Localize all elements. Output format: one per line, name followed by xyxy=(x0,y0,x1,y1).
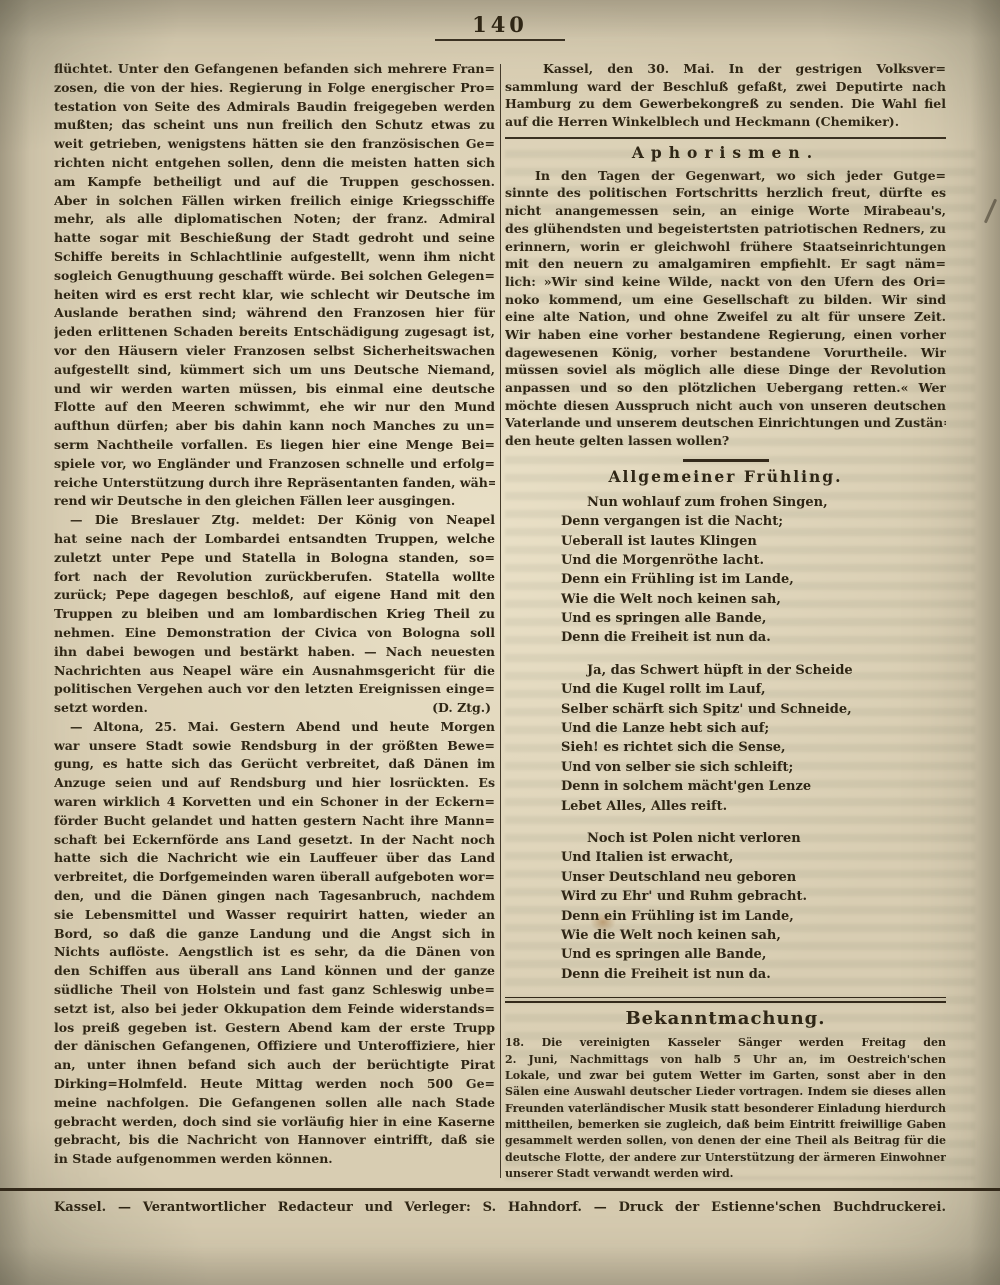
text-line: mußten; das scheint uns nun freilich den… xyxy=(54,116,495,135)
text-line: hatte sogar mit Beschießung der Stadt ge… xyxy=(54,229,495,248)
text-line: los preiß gegeben ist. Gestern Abend kam… xyxy=(54,1019,495,1038)
header-rule xyxy=(435,39,565,41)
poem-line: Sieh! es richtet sich die Sense, xyxy=(505,738,946,757)
poem-line: Und es springen alle Bande, xyxy=(505,609,946,628)
text-line: den Schiffen aus überall ans Land können… xyxy=(54,962,495,981)
text-line: der dänischen Gefangenen, Offiziere und … xyxy=(54,1037,495,1056)
text-line: und wir werden warten müssen, bis einmal… xyxy=(54,380,495,399)
text-line: reiche Unterstützung durch ihre Repräsen… xyxy=(54,474,495,493)
poem-allgemeiner-fruehling: Nun wohlauf zum frohen Singen,Denn verga… xyxy=(505,493,946,984)
right-column: Kassel, den 30. Mai. In der gestrigen Vo… xyxy=(505,60,946,1184)
text-line: politischen Vergehen auch vor den letzte… xyxy=(54,680,495,699)
text-line: anpassen und so den plötzlichen Uebergan… xyxy=(505,379,946,397)
text-line: ihn dabei bewogen und bestärkt haben. — … xyxy=(54,643,495,662)
left-column: flüchtet. Unter den Gefangenen befanden … xyxy=(54,60,495,1184)
poem-line: Denn die Freiheit ist nun da. xyxy=(505,628,946,647)
poem-line: Und Italien ist erwacht, xyxy=(505,848,946,867)
text-line: weit getrieben, wenigstens hätten sie de… xyxy=(54,135,495,154)
poem-stanza: Ja, das Schwert hüpft in der ScheideUnd … xyxy=(505,661,946,816)
text-line: gung, es hatte sich das Gerücht verbreit… xyxy=(54,755,495,774)
text-line: jeden erlittenen Schaden bereits Entschä… xyxy=(54,323,495,342)
text-line: schaft bei Eckernförde ans Land gesetzt.… xyxy=(54,831,495,850)
text-line: Vaterlande und unserem deutschen Einrich… xyxy=(505,414,946,432)
text-line: aufgestellt sind, kümmert sich um uns De… xyxy=(54,361,495,380)
text-line: südliche Theil von Holstein und fast gan… xyxy=(54,981,495,1000)
text-line: Sälen eine Auswahl deutscher Lieder vort… xyxy=(505,1084,946,1100)
text-line: testation von Seite des Admirals Baudin … xyxy=(54,98,495,117)
text-line: erinnern, worin er gleichwohl frühere St… xyxy=(505,238,946,256)
text-line: an, unter ihnen befand sich auch der ber… xyxy=(54,1056,495,1075)
page-header: 140 xyxy=(0,12,1000,41)
text-line: setzt worden. xyxy=(54,699,495,718)
fruehling-heading: Allgemeiner Frühling. xyxy=(505,467,946,486)
text-line: Anzuge seien und auf Rendsburg und hier … xyxy=(54,774,495,793)
text-line: heiten wird es erst recht klar, wie schl… xyxy=(54,286,495,305)
section-rule xyxy=(505,137,946,139)
text-line: sammlung ward der Beschluß gefaßt, zwei … xyxy=(505,78,946,96)
text-line: 2. Juni, Nachmittags von halb 5 Uhr an, … xyxy=(505,1052,946,1068)
text-line: Dirking=Holmfeld. Heute Mittag werden no… xyxy=(54,1075,495,1094)
pen-mark xyxy=(984,199,997,224)
text-line: hat seine nach der Lombardei entsandten … xyxy=(54,530,495,549)
text-line: den heute gelten lassen wollen? xyxy=(505,432,946,450)
poem-line: Unser Deutschland neu geboren xyxy=(505,868,946,887)
text-line: Hamburg zu dem Gewerbekongreß zu senden.… xyxy=(505,95,946,113)
text-line: zosen, die von der hies. Regierung in Fo… xyxy=(54,79,495,98)
poem-line: Lebet Alles, Alles reift. xyxy=(505,797,946,816)
text-line: meine nachfolgen. Die Gefangenen sollen … xyxy=(54,1094,495,1113)
text-line: mit den neuern zu amalgamiren empfiehlt.… xyxy=(505,255,946,273)
text-line: serm Nachtheile vorfallen. Es liegen hie… xyxy=(54,436,495,455)
text-line: verbreitet, die Dorfgemeinden waren über… xyxy=(54,868,495,887)
text-line: unserer Stadt verwandt werden wird. xyxy=(505,1166,946,1182)
text-line: den, und die Dänen gingen nach Tagesanbr… xyxy=(54,887,495,906)
footer-rule xyxy=(0,1188,1000,1191)
text-line: Truppen zu bleiben und am lombardischen … xyxy=(54,605,495,624)
text-line: setzt ist, also bei jeder Okkupation dem… xyxy=(54,1000,495,1019)
poem-stanza: Nun wohlauf zum frohen Singen,Denn verga… xyxy=(505,493,946,648)
bekanntmachung-heading: Bekanntmachung. xyxy=(505,1008,946,1029)
text-line: gebracht, bis die Nachricht von Hannover… xyxy=(54,1131,495,1150)
text-line: noko kommend, um eine Gesellschaft zu bi… xyxy=(505,291,946,309)
poem-line: Ueberall ist lautes Klingen xyxy=(505,532,946,551)
text-line: deutsche Flotte, der andere zur Unterstü… xyxy=(505,1150,946,1166)
text-line: — Die Breslauer Ztg. meldet: Der König v… xyxy=(54,511,495,530)
paragraph-fugitives: flüchtet. Unter den Gefangenen befanden … xyxy=(54,60,495,511)
text-line: nicht anangemessen sein, an einige Worte… xyxy=(505,202,946,220)
text-line: lich: »Wir sind keine Wilde, nackt von d… xyxy=(505,273,946,291)
text-line: mehr, als alle diplomatischen Noten; der… xyxy=(54,210,495,229)
text-line: Nichts auflöste. Aengstlich ist es sehr,… xyxy=(54,943,495,962)
poem-line: Denn die Freiheit ist nun da. xyxy=(505,965,946,984)
text-line: flüchtet. Unter den Gefangenen befanden … xyxy=(54,60,495,79)
text-line: 18. Die vereinigten Kasseler Sänger werd… xyxy=(505,1035,946,1051)
text-line: spiele vor, wo Engländer und Franzosen s… xyxy=(54,455,495,474)
text-line: müssen soviel als möglich alle diese Din… xyxy=(505,361,946,379)
paragraph-breslauer-ztg: — Die Breslauer Ztg. meldet: Der König v… xyxy=(54,511,495,718)
text-line: fort nach der Revolution zurückberufen. … xyxy=(54,568,495,587)
poem-line: Wie die Welt noch keinen sah, xyxy=(505,926,946,945)
text-line: aufthun dürfen; aber bis dahin kann noch… xyxy=(54,417,495,436)
text-line: richten nicht entgehen sollen, denn die … xyxy=(54,154,495,173)
poem-line: Und die Kugel rollt im Lauf, xyxy=(505,680,946,699)
text-line: Freunden vaterländischer Musik statt bes… xyxy=(505,1101,946,1117)
text-line: mittheilen, bemerken sie zugleich, daß b… xyxy=(505,1117,946,1133)
paragraph-bekanntmachung: 18. Die vereinigten Kasseler Sänger werd… xyxy=(505,1035,946,1183)
text-line: am Kampfe betheiligt und auf die Truppen… xyxy=(54,173,495,192)
double-rule xyxy=(505,997,946,1003)
text-line: gesammelt werden sollen, von denen der e… xyxy=(505,1133,946,1149)
short-rule xyxy=(683,459,769,462)
text-line: eine alte Nation, und ohne Zweifel zu al… xyxy=(505,308,946,326)
text-line: nehmen. Eine Demonstration der Civica vo… xyxy=(54,624,495,643)
text-line: sogleich Genugthuung geschafft würde. Be… xyxy=(54,267,495,286)
text-line: möchte diesen Ausspruch nicht auch von u… xyxy=(505,397,946,415)
text-line: Bord, so daß die ganze Landung und die A… xyxy=(54,925,495,944)
poem-line: Denn ein Frühling ist im Lande, xyxy=(505,907,946,926)
text-line: rend wir Deutsche in den gleichen Fällen… xyxy=(54,492,495,511)
text-line: In den Tagen der Gegenwart, wo sich jede… xyxy=(505,167,946,185)
poem-line: Und die Morgenröthe lacht. xyxy=(505,551,946,570)
poem-stanza: Noch ist Polen nicht verlorenUnd Italien… xyxy=(505,829,946,984)
text-line: sie Lebensmittel und Wasser requirirt ha… xyxy=(54,906,495,925)
text-line: gebracht werden, doch sind sie vorläufig… xyxy=(54,1113,495,1132)
paragraph-aphorismen: In den Tagen der Gegenwart, wo sich jede… xyxy=(505,167,946,450)
poem-line: Denn in solchem mächt'gen Lenze xyxy=(505,777,946,796)
poem-line: Denn vergangen ist die Nacht; xyxy=(505,512,946,531)
text-line: — Altona, 25. Mai. Gestern Abend und heu… xyxy=(54,718,495,737)
poem-line: Ja, das Schwert hüpft in der Scheide xyxy=(505,661,946,680)
text-line: Flotte auf den Meeren schwimmt, ehe wir … xyxy=(54,398,495,417)
poem-line: Noch ist Polen nicht verloren xyxy=(505,829,946,848)
poem-line: Und von selber sie sich schleift; xyxy=(505,758,946,777)
text-line: Lokale, und zwar bei gutem Wetter im Gar… xyxy=(505,1068,946,1084)
poem-line: Und es springen alle Bande, xyxy=(505,945,946,964)
text-line: Aber in solchen Fällen wirken freilich e… xyxy=(54,192,495,211)
poem-line: Denn ein Frühling ist im Lande, xyxy=(505,570,946,589)
poem-line: Nun wohlauf zum frohen Singen, xyxy=(505,493,946,512)
text-line: des glühendsten und begeistertsten patri… xyxy=(505,220,946,238)
column-divider xyxy=(500,64,501,1178)
text-line: sinnte des politischen Fortschritts herz… xyxy=(505,184,946,202)
text-line: Auslande berathen sind; während den Fran… xyxy=(54,304,495,323)
text-line: waren wirklich 4 Korvetten und ein Schon… xyxy=(54,793,495,812)
text-line: dagewesenen König, vorher bestandene Vor… xyxy=(505,344,946,362)
text-line: Wir haben eine vorher bestandene Regieru… xyxy=(505,326,946,344)
text-line: auf die Herren Winkelblech und Heckmann … xyxy=(505,113,946,131)
footer-imprint: Kassel. — Verantwortlicher Redacteur und… xyxy=(54,1200,946,1215)
text-line: zurück; Pepe dagegen beschloß, auf eigen… xyxy=(54,586,495,605)
text-line: Kassel, den 30. Mai. In der gestrigen Vo… xyxy=(505,60,946,78)
poem-line: Wie die Welt noch keinen sah, xyxy=(505,590,946,609)
paragraph-kassel: Kassel, den 30. Mai. In der gestrigen Vo… xyxy=(505,60,946,131)
text-line: war unsere Stadt sowie Rendsburg in der … xyxy=(54,737,495,756)
text-line: hatte sich die Nachricht wie ein Lauffeu… xyxy=(54,849,495,868)
source-attribution: (D. Ztg.) xyxy=(432,699,491,718)
newspaper-page: 140 flüchtet. Unter den Gefangenen befan… xyxy=(0,0,1000,1285)
columns-container: flüchtet. Unter den Gefangenen befanden … xyxy=(54,60,946,1184)
poem-line: Und die Lanze hebt sich auf; xyxy=(505,719,946,738)
text-line: in Stade aufgenommen werden können. xyxy=(54,1150,495,1169)
text-line: zuletzt unter Pepe und Statella in Bolog… xyxy=(54,549,495,568)
aphorismen-heading: Aphorismen. xyxy=(505,143,946,162)
text-line: förder Bucht gelandet und hatten gestern… xyxy=(54,812,495,831)
text-line: Schiffe bereits in Schlachtlinie aufgest… xyxy=(54,248,495,267)
poem-line: Selber schärft sich Spitz' und Schneide, xyxy=(505,700,946,719)
text-line: vor den Häusern vieler Franzosen selbst … xyxy=(54,342,495,361)
page-number: 140 xyxy=(0,12,1000,37)
poem-line: Wird zu Ehr' und Ruhm gebracht. xyxy=(505,887,946,906)
paragraph-altona: — Altona, 25. Mai. Gestern Abend und heu… xyxy=(54,718,495,1169)
text-line: Nachrichten aus Neapel wäre ein Ausnahms… xyxy=(54,662,495,681)
